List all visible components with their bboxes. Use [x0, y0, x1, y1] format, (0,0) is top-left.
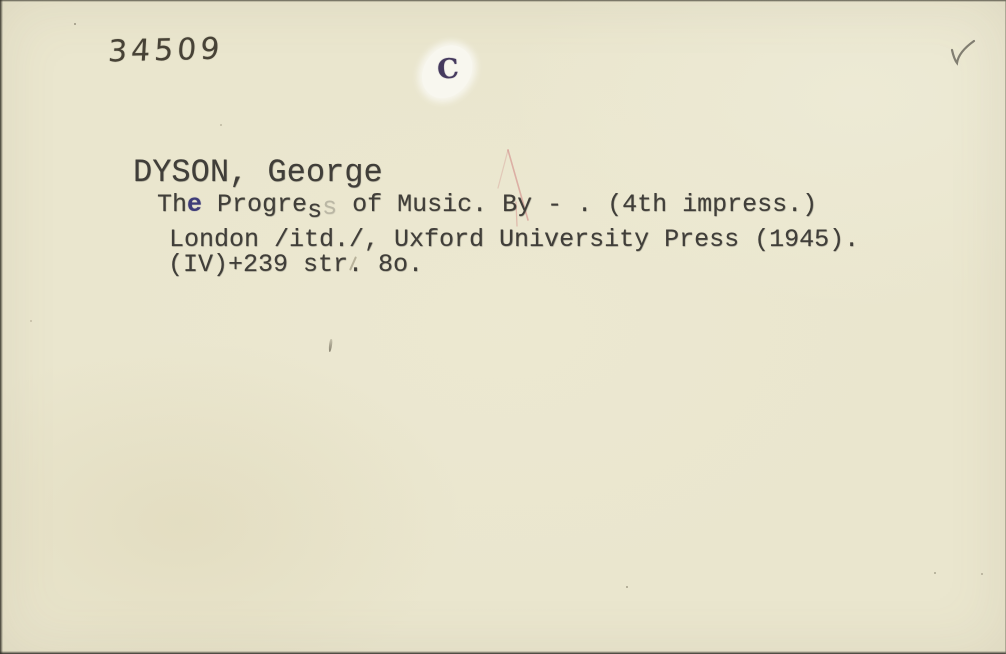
stray-ink-mark: [328, 339, 332, 352]
catalog-card: 34509 C DYSON, George The Progress of Mu…: [0, 0, 1006, 654]
title-seg3: Progre: [202, 190, 307, 219]
dropped-letter-s: s: [307, 198, 322, 224]
scan-edge-top: [0, 0, 1006, 2]
blue-ink-correction-e: e: [187, 190, 202, 219]
title-seg1: Th: [157, 190, 187, 219]
accession-number: 34509: [107, 31, 225, 69]
title-seg6: of Music. By - . (4th impress.): [337, 190, 817, 219]
paper-specks: [74, 23, 76, 25]
collation-line: (IV)+239 str. 8o.: [168, 252, 423, 278]
title-line: The Progress of Music. By - . (4th impre…: [157, 192, 817, 218]
stamp-letter-c: C: [432, 51, 464, 89]
checkmark-icon: [944, 34, 986, 76]
scan-edge-left: [0, 0, 3, 654]
ghost-letter-s: s: [322, 195, 337, 221]
collation-text: (IV)+239 str.: [168, 250, 378, 279]
author-heading: DYSON, George: [133, 157, 383, 189]
format-text: 8o.: [378, 250, 423, 279]
